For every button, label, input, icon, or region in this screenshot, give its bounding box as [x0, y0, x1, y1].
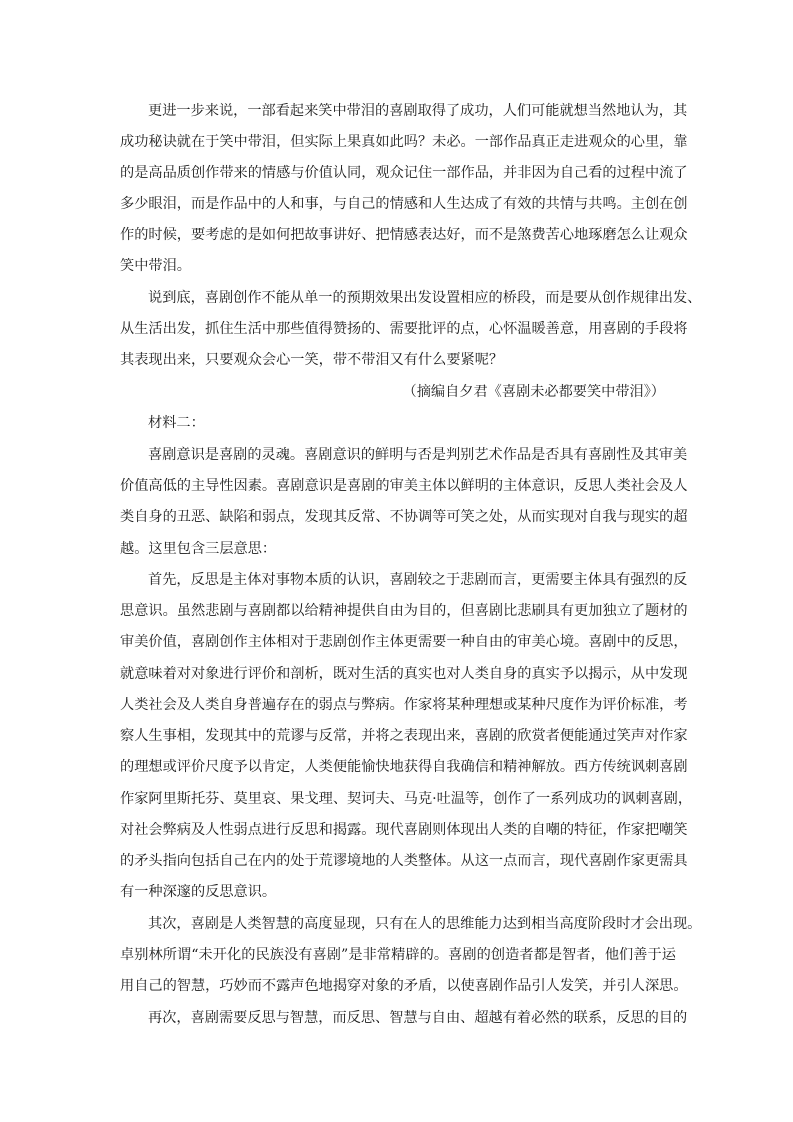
text-line: 卓别林所谓“未开化的民族没有喜剧”是非常精辟的。喜剧的创造者都是智者，他们善于运: [120, 945, 676, 965]
text-line: 审美价值，喜剧创作主体相对于悲剧创作主体更需要一种自由的审美心境。喜剧中的反思，: [120, 632, 676, 652]
text-line: 越。这里包含三层意思：: [120, 539, 676, 559]
text-line: 用自己的智慧，巧妙而不露声色地揭穿对象的矛盾，以使喜剧作品引人发笑，并引人深思。: [120, 976, 676, 996]
text-line: 作的时候，要考虑的是如何把故事讲好、把情感表达好，而不是煞费苦心地琢磨怎么让观众: [120, 225, 676, 245]
text-line: 成功秘诀就在于笑中带泪，但实际上果真如此吗？未必。一部作品真正走进观众的心里，靠: [120, 132, 676, 152]
text-line: 喜剧意识是喜剧的灵魂。喜剧意识的鲜明与否是判别艺术作品是否具有喜剧性及其审美: [148, 445, 676, 465]
section-heading: 材料二：: [148, 413, 676, 433]
text-line: 说到底，喜剧创作不能从单一的预期效果出发设置相应的桥段，而是要从创作规律出发、: [148, 288, 676, 308]
text-line: 更进一步来说，一部看起来笑中带泪的喜剧取得了成功，人们可能就想当然地认为，其: [148, 101, 676, 121]
text-line: 就意味着对对象进行评价和剖析，既对生活的真实也对人类自身的真实予以揭示，从中发现: [120, 664, 676, 684]
text-line: 思意识。虽然悲剧与喜剧都以给精神提供自由为目的，但喜剧比悲刷具有更加独立了题材的: [120, 601, 676, 621]
source-citation: （摘编自夕君《喜剧未必都要笑中带泪》）: [403, 382, 665, 402]
text-line: 作家阿里斯托芬、莫里哀、果戈理、契诃夫、马克·吐温等，创作了一系列成功的讽刺喜剧…: [120, 789, 676, 809]
text-line: 价值高低的主导性因素。喜剧意识是喜剧的审美主体以鲜明的主体意识，反思人类社会及人: [120, 476, 676, 496]
text-line: 的矛头指向包括自己在内的处于荒谬境地的人类整体。从这一点而言，现代喜剧作家更需具: [120, 851, 676, 871]
text-line: 多少眼泪，而是作品中的人和事，与自己的情感和人生达成了有效的共情与共鸣。主创在创: [120, 194, 676, 214]
text-line: 首先，反思是主体对事物本质的认识，喜剧较之于悲剧而言，更需要主体具有强烈的反: [148, 570, 676, 590]
text-line: 从生活出发，抓住生活中那些值得赞扬的、需要批评的点，心怀温暖善意，用喜剧的手段将: [120, 319, 676, 339]
text-line: 笑中带泪。: [120, 256, 676, 276]
document-page: 更进一步来说，一部看起来笑中带泪的喜剧取得了成功，人们可能就想当然地认为，其 成…: [0, 0, 793, 1122]
text-line: 其表现出来，只要观众会心一笑，带不带泪又有什么要紧呢？: [120, 350, 676, 370]
text-line: 对社会弊病及人性弱点进行反思和揭露。现代喜剧则体现出人类的自嘲的特征，作家把嘲笑: [120, 820, 676, 840]
text-line: 类自身的丑恶、缺陷和弱点，发现其反常、不协调等可笑之处，从而实现对自我与现实的超: [120, 507, 676, 527]
text-line: 的理想或评价尺度予以肯定，人类便能愉快地获得自我确信和精神解放。西方传统讽刺喜剧: [120, 757, 676, 777]
text-line: 察人生事相，发现其中的荒谬与反常，并将之表现出来，喜剧的欣赏者便能通过笑声对作家: [120, 726, 676, 746]
text-line: 其次，喜剧是人类智慧的高度显现，只有在人的思维能力达到相当高度阶段时才会出现。: [148, 914, 676, 934]
text-line: 的是高品质创作带来的情感与价值认同，观众记住一部作品，并非因为自己看的过程中流了: [120, 163, 676, 183]
text-line: 有一种深邃的反思意识。: [120, 882, 676, 902]
text-line: 再次，喜剧需要反思与智慧，而反思、智慧与自由、超越有着必然的联系，反思的目的: [148, 1008, 676, 1028]
text-line: 人类社会及人类自身普遍存在的弱点与弊病。作家将某种理想或某种尺度作为评价标准，考: [120, 695, 676, 715]
